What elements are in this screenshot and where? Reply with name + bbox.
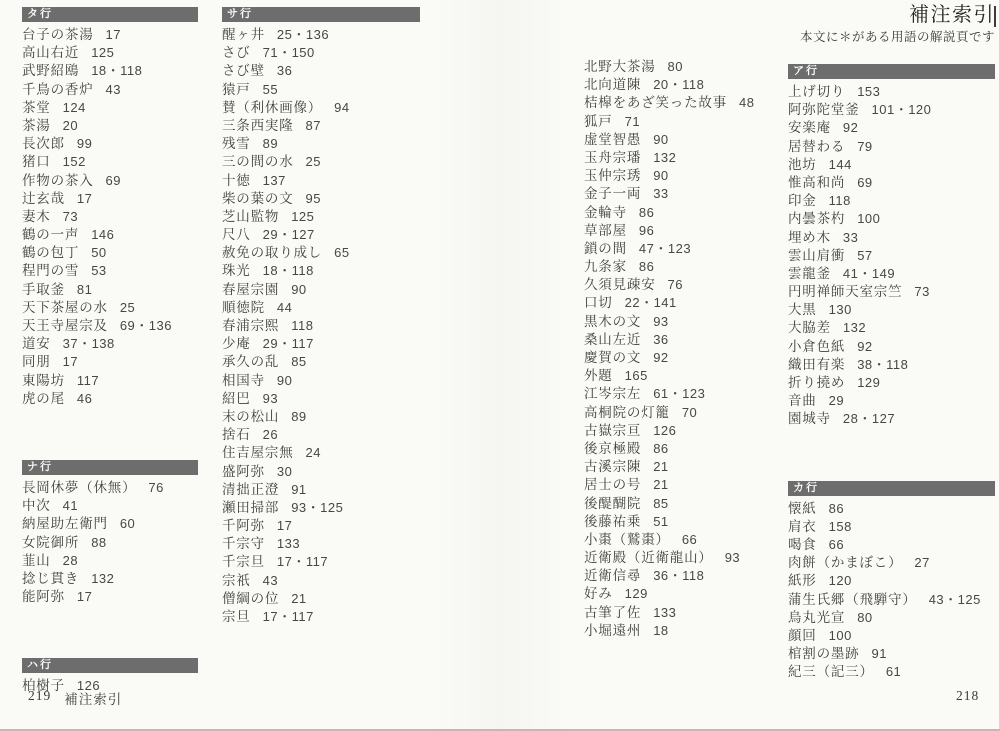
entry-term: 捻じ貫き — [22, 570, 79, 588]
book-spread: タ行台子の茶湯17高山右近125武野紹鴎18・118千鳥の香炉43茶堂124茶湯… — [0, 0, 1000, 731]
index-entry: 園城寺28・127 — [788, 410, 995, 428]
entry-pages: 17 — [63, 353, 78, 371]
entry-pages: 165 — [625, 367, 648, 385]
entry-term: 久須見疎安 — [584, 276, 656, 294]
entry-pages: 132 — [653, 149, 676, 167]
index-entry: 北向道陳20・118 — [584, 76, 796, 94]
index-entry: 紹巴93 — [222, 390, 420, 408]
index-entry: 三の間の水25 — [222, 153, 420, 171]
entry-pages: 70 — [682, 404, 697, 422]
entry-pages: 36 — [277, 62, 292, 80]
entry-term: 能阿弥 — [22, 588, 65, 606]
entry-pages: 17・117 — [263, 608, 314, 626]
index-entry: 鶴の包丁50 — [22, 244, 198, 262]
entry-term: 春浦宗熙 — [222, 317, 279, 335]
entry-term: 小堀遠州 — [584, 622, 641, 640]
page-edge-mark — [994, 6, 996, 27]
index-entry: 虚堂智愚90 — [584, 131, 796, 149]
entry-pages: 80 — [857, 609, 872, 627]
index-column: サ行醒ヶ井25・136さび71・150さび壁36猿戸55賛（利休画像）94三条西… — [222, 7, 420, 626]
entry-pages: 133 — [277, 535, 300, 553]
entry-pages: 28・127 — [843, 410, 895, 428]
entry-term: 狐戸 — [584, 113, 613, 131]
entry-pages: 61・123 — [653, 385, 705, 403]
entry-term: 園城寺 — [788, 410, 831, 428]
entry-term: 辻玄哉 — [22, 190, 65, 208]
entry-pages: 132 — [91, 570, 114, 588]
entry-pages: 17・117 — [277, 553, 328, 571]
entry-term: 茶堂 — [22, 99, 51, 117]
entry-pages: 50 — [91, 244, 106, 262]
entry-pages: 26 — [263, 426, 278, 444]
index-entry: 好み129 — [584, 585, 796, 603]
entry-pages: 18・118 — [263, 262, 314, 280]
entry-pages: 41・149 — [843, 265, 895, 283]
index-entry: 柴の葉の文95 — [222, 190, 420, 208]
entry-pages: 29・117 — [263, 335, 314, 353]
index-entry: 尺八29・127 — [222, 226, 420, 244]
entry-term: 九条家 — [584, 258, 627, 276]
entry-pages: 81 — [77, 281, 92, 299]
entry-pages: 33 — [843, 229, 858, 247]
index-entry: 天王寺屋宗及69・136 — [22, 317, 198, 335]
entry-pages: 91 — [291, 481, 306, 499]
kana-row-label: ア行 — [793, 65, 819, 77]
entry-pages: 33 — [653, 185, 668, 203]
entry-pages: 80 — [668, 58, 683, 76]
kana-row-header: カ行 — [788, 481, 995, 496]
entry-pages: 25・136 — [277, 26, 329, 44]
entry-term: 柴の葉の文 — [222, 190, 294, 208]
entry-pages: 130 — [829, 301, 852, 319]
entry-term: 作物の茶入 — [22, 172, 94, 190]
index-entry: 後藤祐乗51 — [584, 513, 796, 531]
entry-pages: 125 — [291, 208, 314, 226]
index-entry: 捻じ貫き132 — [22, 570, 198, 588]
entry-term: 三条西実隆 — [222, 117, 294, 135]
index-entry: 慶賀の文92 — [584, 349, 796, 367]
index-entry: 納屋助左衛門60 — [22, 515, 198, 533]
index-entry: 作物の茶入69 — [22, 172, 198, 190]
entry-term: 韮山 — [22, 552, 51, 570]
index-entry: 台子の茶湯17 — [22, 26, 198, 44]
entry-pages: 93 — [653, 313, 668, 331]
entry-pages: 90 — [653, 167, 668, 185]
index-entry: 雲龍釜41・149 — [788, 265, 995, 283]
entry-term: 同朋 — [22, 353, 51, 371]
entry-term: 高桐院の灯籠 — [584, 404, 670, 422]
index-entry: 辻玄哉17 — [22, 190, 198, 208]
index-entry: 近衛殿（近衛龍山）93 — [584, 549, 796, 567]
index-entry: 東陽坊117 — [22, 372, 198, 390]
footer-page-number-left: 219 — [28, 688, 51, 708]
entry-pages: 47・123 — [639, 240, 691, 258]
entry-pages: 144 — [829, 156, 852, 174]
entry-term: 瀬田掃部 — [222, 499, 279, 517]
index-entry: 賛（利休画像）94 — [222, 99, 420, 117]
entry-term: 女院御所 — [22, 534, 79, 552]
index-entry: 高桐院の灯籠70 — [584, 404, 796, 422]
index-entry: 珠光18・118 — [222, 262, 420, 280]
index-entry: 住吉屋宗無24 — [222, 444, 420, 462]
index-entry: 玉舟宗璠132 — [584, 149, 796, 167]
entry-pages: 100 — [857, 210, 880, 228]
entry-term: 紙形 — [788, 572, 817, 590]
entry-pages: 66 — [682, 531, 697, 549]
entry-term: 道安 — [22, 335, 51, 353]
index-entry: 九条家86 — [584, 258, 796, 276]
entry-term: 大脇差 — [788, 319, 831, 337]
entry-pages: 21 — [291, 590, 306, 608]
entry-pages: 36 — [653, 331, 668, 349]
index-entry: 清拙正澄91 — [222, 481, 420, 499]
entry-pages: 43 — [106, 81, 121, 99]
index-entry: 居士の号21 — [584, 476, 796, 494]
entry-term: 住吉屋宗無 — [222, 444, 294, 462]
entry-term: 後醍醐院 — [584, 495, 641, 513]
entry-pages: 71 — [625, 113, 640, 131]
entry-term: 承久の乱 — [222, 353, 279, 371]
entry-term: 池坊 — [788, 156, 817, 174]
entry-term: 金子一両 — [584, 185, 641, 203]
index-entry: 僧綱の位21 — [222, 590, 420, 608]
entry-pages: 99 — [77, 135, 92, 153]
entry-term: 春屋宗園 — [222, 281, 279, 299]
index-column-sections: ア行上げ切り153阿弥陀堂釜101・120安楽庵92居替わる79池坊144惟高和… — [788, 64, 995, 681]
index-entry: 印金118 — [788, 192, 995, 210]
entry-term: 千鳥の香炉 — [22, 81, 94, 99]
kana-row-label: ナ行 — [27, 461, 53, 473]
entry-term: 好み — [584, 585, 613, 603]
index-entry: 女院御所88 — [22, 534, 198, 552]
index-entry: 残雪89 — [222, 135, 420, 153]
index-entry: 長岡休夢（休無）76 — [22, 479, 198, 497]
entry-term: 納屋助左衛門 — [22, 515, 108, 533]
entry-term: 紀三（記三） — [788, 663, 874, 681]
index-entry: 千宗旦17・117 — [222, 553, 420, 571]
entry-term: 古筆了佐 — [584, 604, 641, 622]
index-entry: 古溪宗陳21 — [584, 458, 796, 476]
entry-pages: 92 — [843, 119, 858, 137]
index-entry: 瀬田掃部93・125 — [222, 499, 420, 517]
entry-term: 長次郎 — [22, 135, 65, 153]
entry-pages: 17 — [77, 190, 92, 208]
entry-term: さび壁 — [222, 62, 265, 80]
entry-pages: 61 — [886, 663, 901, 681]
index-entry: 順徳院44 — [222, 299, 420, 317]
entry-term: 小倉色紙 — [788, 338, 845, 356]
entry-term: 少庵 — [222, 335, 251, 353]
entry-pages: 85 — [653, 495, 668, 513]
footer-section-label: 補注索引 — [64, 688, 122, 708]
index-entry: 虎の尾46 — [22, 390, 198, 408]
index-entry: 小堀遠州18 — [584, 622, 796, 640]
entry-pages: 79 — [857, 138, 872, 156]
index-entry: 鎖の間47・123 — [584, 240, 796, 258]
index-entry: 捨石26 — [222, 426, 420, 444]
kana-row-label: タ行 — [27, 8, 53, 20]
entry-term: 金輪寺 — [584, 204, 627, 222]
entry-term: 猪口 — [22, 153, 51, 171]
index-entry: 玉仲宗琇90 — [584, 167, 796, 185]
index-entry: 草部屋96 — [584, 222, 796, 240]
entry-term: 織田有楽 — [788, 356, 845, 374]
entry-term: 上げ切り — [788, 83, 845, 101]
index-entry: 醒ヶ井25・136 — [222, 26, 420, 44]
entry-term: 虚堂智愚 — [584, 131, 641, 149]
entry-pages: 51 — [653, 513, 668, 531]
index-entry: 大脇差132 — [788, 319, 995, 337]
entry-pages: 73 — [63, 208, 78, 226]
entry-pages: 87 — [306, 117, 321, 135]
entry-pages: 22・141 — [625, 294, 677, 312]
entry-pages: 24 — [306, 444, 321, 462]
entry-term: 惟高和尚 — [788, 174, 845, 192]
entry-term: 後京極殿 — [584, 440, 641, 458]
index-entry: 棺割の墨跡91 — [788, 645, 995, 663]
entry-term: 長岡休夢（休無） — [22, 479, 136, 497]
index-entry: 紀三（記三）61 — [788, 663, 995, 681]
entry-term: 肩衣 — [788, 518, 817, 536]
entry-pages: 146 — [91, 226, 114, 244]
index-entry: 小倉色紙92 — [788, 338, 995, 356]
index-entry: 猿戸55 — [222, 81, 420, 99]
entry-pages: 125 — [91, 44, 114, 62]
entry-term: 手取釜 — [22, 281, 65, 299]
entry-pages: 69 — [106, 172, 121, 190]
entry-pages: 133 — [653, 604, 676, 622]
index-entry: 口切22・141 — [584, 294, 796, 312]
entry-pages: 132 — [843, 319, 866, 337]
entry-term: 台子の茶湯 — [22, 26, 94, 44]
entry-pages: 152 — [63, 153, 86, 171]
kana-row-label: サ行 — [227, 8, 253, 20]
entry-pages: 93 — [263, 390, 278, 408]
entry-pages: 30 — [277, 463, 292, 481]
entry-term: 桑山左近 — [584, 331, 641, 349]
index-entry: 長次郎99 — [22, 135, 198, 153]
entry-pages: 28 — [63, 552, 78, 570]
index-entry: 内曇茶杓100 — [788, 210, 995, 228]
entry-term: 天王寺屋宗及 — [22, 317, 108, 335]
entry-pages: 36・118 — [653, 567, 704, 585]
index-entry: 円明禅師天室宗竺73 — [788, 283, 995, 301]
entry-pages: 29 — [829, 392, 844, 410]
index-entry: 程門の雪53 — [22, 262, 198, 280]
index-entry: 鶴の一声146 — [22, 226, 198, 244]
entry-pages: 76 — [148, 479, 163, 497]
footer-page-number-right: 218 — [956, 688, 979, 704]
entry-pages: 118 — [291, 317, 313, 335]
entry-term: 慶賀の文 — [584, 349, 641, 367]
index-entry: 外題165 — [584, 367, 796, 385]
index-entry: 天下茶屋の水25 — [22, 299, 198, 317]
entry-term: 順徳院 — [222, 299, 265, 317]
index-entry: 古嶽宗亘126 — [584, 422, 796, 440]
entry-term: 相国寺 — [222, 372, 265, 390]
entry-pages: 17 — [277, 517, 292, 535]
entry-term: 後藤祐乗 — [584, 513, 641, 531]
entry-pages: 18・118 — [91, 62, 142, 80]
index-entry: 茶湯20 — [22, 117, 198, 135]
entry-pages: 60 — [120, 515, 135, 533]
entry-pages: 129 — [857, 374, 880, 392]
entry-term: 近衛殿（近衛龍山） — [584, 549, 713, 567]
entry-term: 鎖の間 — [584, 240, 627, 258]
entry-pages: 92 — [653, 349, 668, 367]
entry-term: 小棗（鷲棗） — [584, 531, 670, 549]
entry-term: 天下茶屋の水 — [22, 299, 108, 317]
entry-term: 外題 — [584, 367, 613, 385]
index-entry: 能阿弥17 — [22, 588, 198, 606]
entry-term: 虎の尾 — [22, 390, 65, 408]
entry-pages: 66 — [829, 536, 844, 554]
entry-pages: 86 — [829, 500, 844, 518]
entry-pages: 18 — [653, 622, 668, 640]
kana-row-label: ハ行 — [27, 659, 53, 671]
entry-pages: 43・125 — [929, 591, 981, 609]
index-entry: 紙形120 — [788, 572, 995, 590]
entry-term: 黒木の文 — [584, 313, 641, 331]
page-title: 補注索引 — [788, 2, 995, 28]
entry-term: 醒ヶ井 — [222, 26, 265, 44]
entry-term: 僧綱の位 — [222, 590, 279, 608]
entry-pages: 20 — [63, 117, 78, 135]
entry-pages: 57 — [857, 247, 872, 265]
entry-pages: 85 — [291, 353, 306, 371]
index-column: 補注索引 本文に＊がある用語の解説頁です ア行上げ切り153阿弥陀堂釜101・1… — [788, 2, 995, 681]
entry-term: 鶴の一声 — [22, 226, 79, 244]
entry-pages: 94 — [334, 99, 349, 117]
entry-pages: 124 — [63, 99, 86, 117]
entry-term: 玉舟宗璠 — [584, 149, 641, 167]
entry-term: 円明禅師天室宗竺 — [788, 283, 902, 301]
entry-pages: 137 — [263, 172, 286, 190]
footer-left: 219 補注索引 — [28, 688, 122, 708]
index-entry: 承久の乱85 — [222, 353, 420, 371]
entry-pages: 126 — [653, 422, 676, 440]
entry-pages: 76 — [668, 276, 683, 294]
entry-term: 妻木 — [22, 208, 51, 226]
kana-row-header: ナ行 — [22, 460, 198, 475]
entry-term: 千宗旦 — [222, 553, 265, 571]
index-entry: 織田有楽38・118 — [788, 356, 995, 374]
entry-pages: 17 — [106, 26, 121, 44]
index-entry: 肩衣158 — [788, 518, 995, 536]
entry-term: 捨石 — [222, 426, 251, 444]
index-entry: 顔回100 — [788, 627, 995, 645]
entry-term: 音曲 — [788, 392, 817, 410]
index-entry: 安楽庵92 — [788, 119, 995, 137]
index-section: サ行醒ヶ井25・136さび71・150さび壁36猿戸55賛（利休画像）94三条西… — [222, 7, 420, 626]
entry-pages: 73 — [914, 283, 929, 301]
entry-term: 宗旦 — [222, 608, 251, 626]
entry-term: 居替わる — [788, 138, 845, 156]
index-entry: 韮山28 — [22, 552, 198, 570]
index-entry: さび壁36 — [222, 62, 420, 80]
entry-term: 喝食 — [788, 536, 817, 554]
index-entry: 埋め木33 — [788, 229, 995, 247]
index-entry: 武野紹鴎18・118 — [22, 62, 198, 80]
entry-pages: 38・118 — [857, 356, 908, 374]
index-entry: 盛阿弥30 — [222, 463, 420, 481]
index-entry: 金輪寺86 — [584, 204, 796, 222]
index-entry: 茶堂124 — [22, 99, 198, 117]
entry-term: 草部屋 — [584, 222, 627, 240]
index-entry: 蒲生氏郷（飛騨守）43・125 — [788, 591, 995, 609]
entry-term: 烏丸光宣 — [788, 609, 845, 627]
entry-pages: 129 — [625, 585, 648, 603]
entry-term: 蒲生氏郷（飛騨守） — [788, 591, 917, 609]
index-section: 北野大茶湯80北向道陳20・118桔槹をあざ笑った故事48狐戸71虚堂智愚90玉… — [584, 58, 796, 640]
entry-term: 北野大茶湯 — [584, 58, 656, 76]
index-entry: 狐戸71 — [584, 113, 796, 131]
entry-pages: 25 — [120, 299, 135, 317]
entry-term: 折り撓め — [788, 374, 845, 392]
entry-pages: 90 — [291, 281, 306, 299]
index-entry: さび71・150 — [222, 44, 420, 62]
entry-pages: 88 — [91, 534, 106, 552]
entry-pages: 37・138 — [63, 335, 115, 353]
entry-term: 印金 — [788, 192, 817, 210]
entry-term: 安楽庵 — [788, 119, 831, 137]
entry-pages: 46 — [77, 390, 92, 408]
index-entry: 後京極殿86 — [584, 440, 796, 458]
entry-term: 残雪 — [222, 135, 251, 153]
index-entry: 雲山肩衝57 — [788, 247, 995, 265]
entry-pages: 55 — [263, 81, 278, 99]
index-entry: 金子一両33 — [584, 185, 796, 203]
entry-term: 鶴の包丁 — [22, 244, 79, 262]
entry-term: 末の松山 — [222, 408, 279, 426]
entry-pages: 41 — [63, 497, 78, 515]
entry-term: 顔回 — [788, 627, 817, 645]
index-entry: 春浦宗熙118 — [222, 317, 420, 335]
entry-pages: 100 — [829, 627, 852, 645]
index-entry: 黒木の文93 — [584, 313, 796, 331]
entry-term: 桔槹をあざ笑った故事 — [584, 94, 727, 112]
entry-pages: 86 — [639, 204, 654, 222]
index-entry: 音曲29 — [788, 392, 995, 410]
index-entry: 十徳137 — [222, 172, 420, 190]
index-entry: 中次41 — [22, 497, 198, 515]
entry-pages: 27 — [914, 554, 929, 572]
entry-term: 十徳 — [222, 172, 251, 190]
index-entry: 妻木73 — [22, 208, 198, 226]
index-entry: 懐紙86 — [788, 500, 995, 518]
entry-term: 武野紹鴎 — [22, 62, 79, 80]
page-subtitle: 本文に＊がある用語の解説頁です — [788, 28, 995, 46]
entry-pages: 117 — [77, 372, 99, 390]
entry-pages: 21 — [653, 476, 668, 494]
index-entry: 芝山監物125 — [222, 208, 420, 226]
index-entry: 同朋17 — [22, 353, 198, 371]
entry-term: 赦免の取り成し — [222, 244, 322, 262]
index-entry: 近衛信尋36・118 — [584, 567, 796, 585]
index-entry: 烏丸光宣80 — [788, 609, 995, 627]
entry-pages: 69 — [857, 174, 872, 192]
index-entry: 末の松山89 — [222, 408, 420, 426]
index-section: ア行上げ切り153阿弥陀堂釜101・120安楽庵92居替わる79池坊144惟高和… — [788, 64, 995, 429]
index-entry: 古筆了佐133 — [584, 604, 796, 622]
index-entry: 阿弥陀堂釜101・120 — [788, 101, 995, 119]
entry-term: 口切 — [584, 294, 613, 312]
entry-pages: 90 — [277, 372, 292, 390]
index-column: タ行台子の茶湯17高山右近125武野紹鴎18・118千鳥の香炉43茶堂124茶湯… — [22, 7, 198, 695]
entry-term: 大黒 — [788, 301, 817, 319]
entry-pages: 93 — [725, 549, 740, 567]
index-entry: 上げ切り153 — [788, 83, 995, 101]
